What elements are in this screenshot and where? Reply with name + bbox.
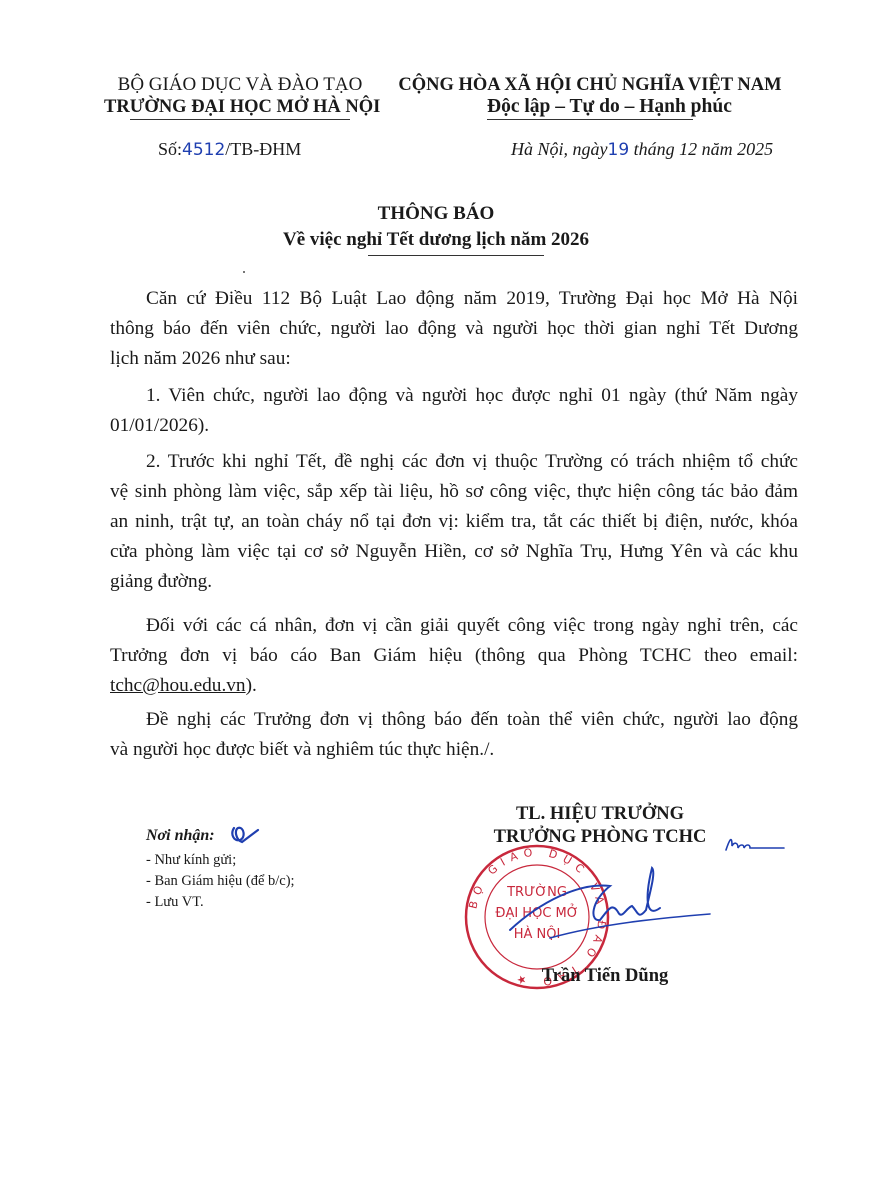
handwritten-signature-icon: [500, 862, 715, 952]
text-line: giảng đường.: [110, 567, 798, 597]
recipient-item: - Lưu VT.: [146, 893, 204, 912]
text-line: vệ sinh phòng làm việc, sắp xếp tài liệu…: [110, 477, 798, 507]
paragraph-contact: Đối với các cá nhân, đơn vị cần giải quy…: [110, 611, 798, 701]
email-tail: ).: [246, 675, 257, 696]
national-motto: Độc lập – Tự do – Hạnh phúc: [487, 96, 693, 118]
school-name: TRƯỜNG ĐẠI HỌC MỞ HÀ NỘI: [104, 96, 376, 118]
paragraph-item-1: 1. Viên chức, người lao động và người họ…: [110, 381, 798, 441]
handwritten-day: 19: [608, 140, 630, 160]
text-line: Đề nghị các Trưởng đơn vị thông báo đến …: [110, 705, 798, 735]
text-line: và người học được biết và nghiêm túc thự…: [110, 735, 798, 765]
document-subtitle: Về việc nghỉ Tết dương lịch năm 2026: [236, 229, 636, 251]
text-line: cửa phòng làm việc tại cơ sở Nguyễn Hiền…: [110, 537, 798, 567]
school-underline: [130, 119, 350, 120]
document-title: THÔNG BÁO: [236, 203, 636, 225]
motto-underline: [487, 119, 693, 120]
document-number: Số:4512/TB-ĐHM: [158, 139, 301, 160]
email-link[interactable]: tchc@hou.edu.vn: [110, 675, 246, 696]
signer-name: Trần Tiến Dũng: [520, 965, 690, 987]
speck: [243, 271, 245, 273]
text-line: Căn cứ Điều 112 Bộ Luật Lao động năm 201…: [110, 284, 798, 314]
text-line: 2. Trước khi nghỉ Tết, đề nghị các đơn v…: [110, 447, 798, 477]
paragraph-closing: Đề nghị các Trưởng đơn vị thông báo đến …: [110, 705, 798, 765]
initials-signature-icon: [722, 832, 786, 856]
signature-title-1: TL. HIỆU TRƯỞNG: [480, 803, 720, 825]
text-line: 01/01/2026).: [110, 411, 798, 441]
document-date: Hà Nội, ngày19 tháng 12 năm 2025: [511, 139, 773, 160]
recipient-item: - Ban Giám hiệu (để b/c);: [146, 872, 295, 891]
paragraph-item-2: 2. Trước khi nghỉ Tết, đề nghị các đơn v…: [110, 447, 798, 597]
subtitle-underline: [368, 255, 544, 256]
number-suffix: /TB-ĐHM: [225, 139, 301, 159]
handwritten-number: 4512: [182, 140, 225, 160]
number-prefix: Số:: [158, 139, 182, 159]
text-line-email: tchc@hou.edu.vn).: [110, 671, 798, 701]
country-name: CỘNG HÒA XÃ HỘI CHỦ NGHĨA VIỆT NAM: [387, 74, 793, 96]
date-prefix: Hà Nội, ngày: [511, 139, 608, 159]
date-suffix: tháng 12 năm 2025: [629, 139, 773, 159]
recipient-item: - Như kính gửi;: [146, 851, 236, 870]
text-line: 1. Viên chức, người lao động và người họ…: [110, 381, 798, 411]
text-line: lịch năm 2026 như sau:: [110, 344, 798, 374]
recipients-label: Nơi nhận:: [146, 827, 215, 845]
initials-mark-icon: [228, 822, 268, 848]
text-line: Đối với các cá nhân, đơn vị cần giải quy…: [110, 611, 798, 641]
text-line: thông báo đến viên chức, người lao động …: [110, 314, 798, 344]
paragraph-legal-basis: Căn cứ Điều 112 Bộ Luật Lao động năm 201…: [110, 284, 798, 374]
text-line: Trưởng đơn vị báo cáo Ban Giám hiệu (thô…: [110, 641, 798, 671]
ministry-name: BỘ GIÁO DỤC VÀ ĐÀO TẠO: [112, 74, 368, 96]
text-line: an ninh, trật tự, an toàn cháy nổ tại đơ…: [110, 507, 798, 537]
